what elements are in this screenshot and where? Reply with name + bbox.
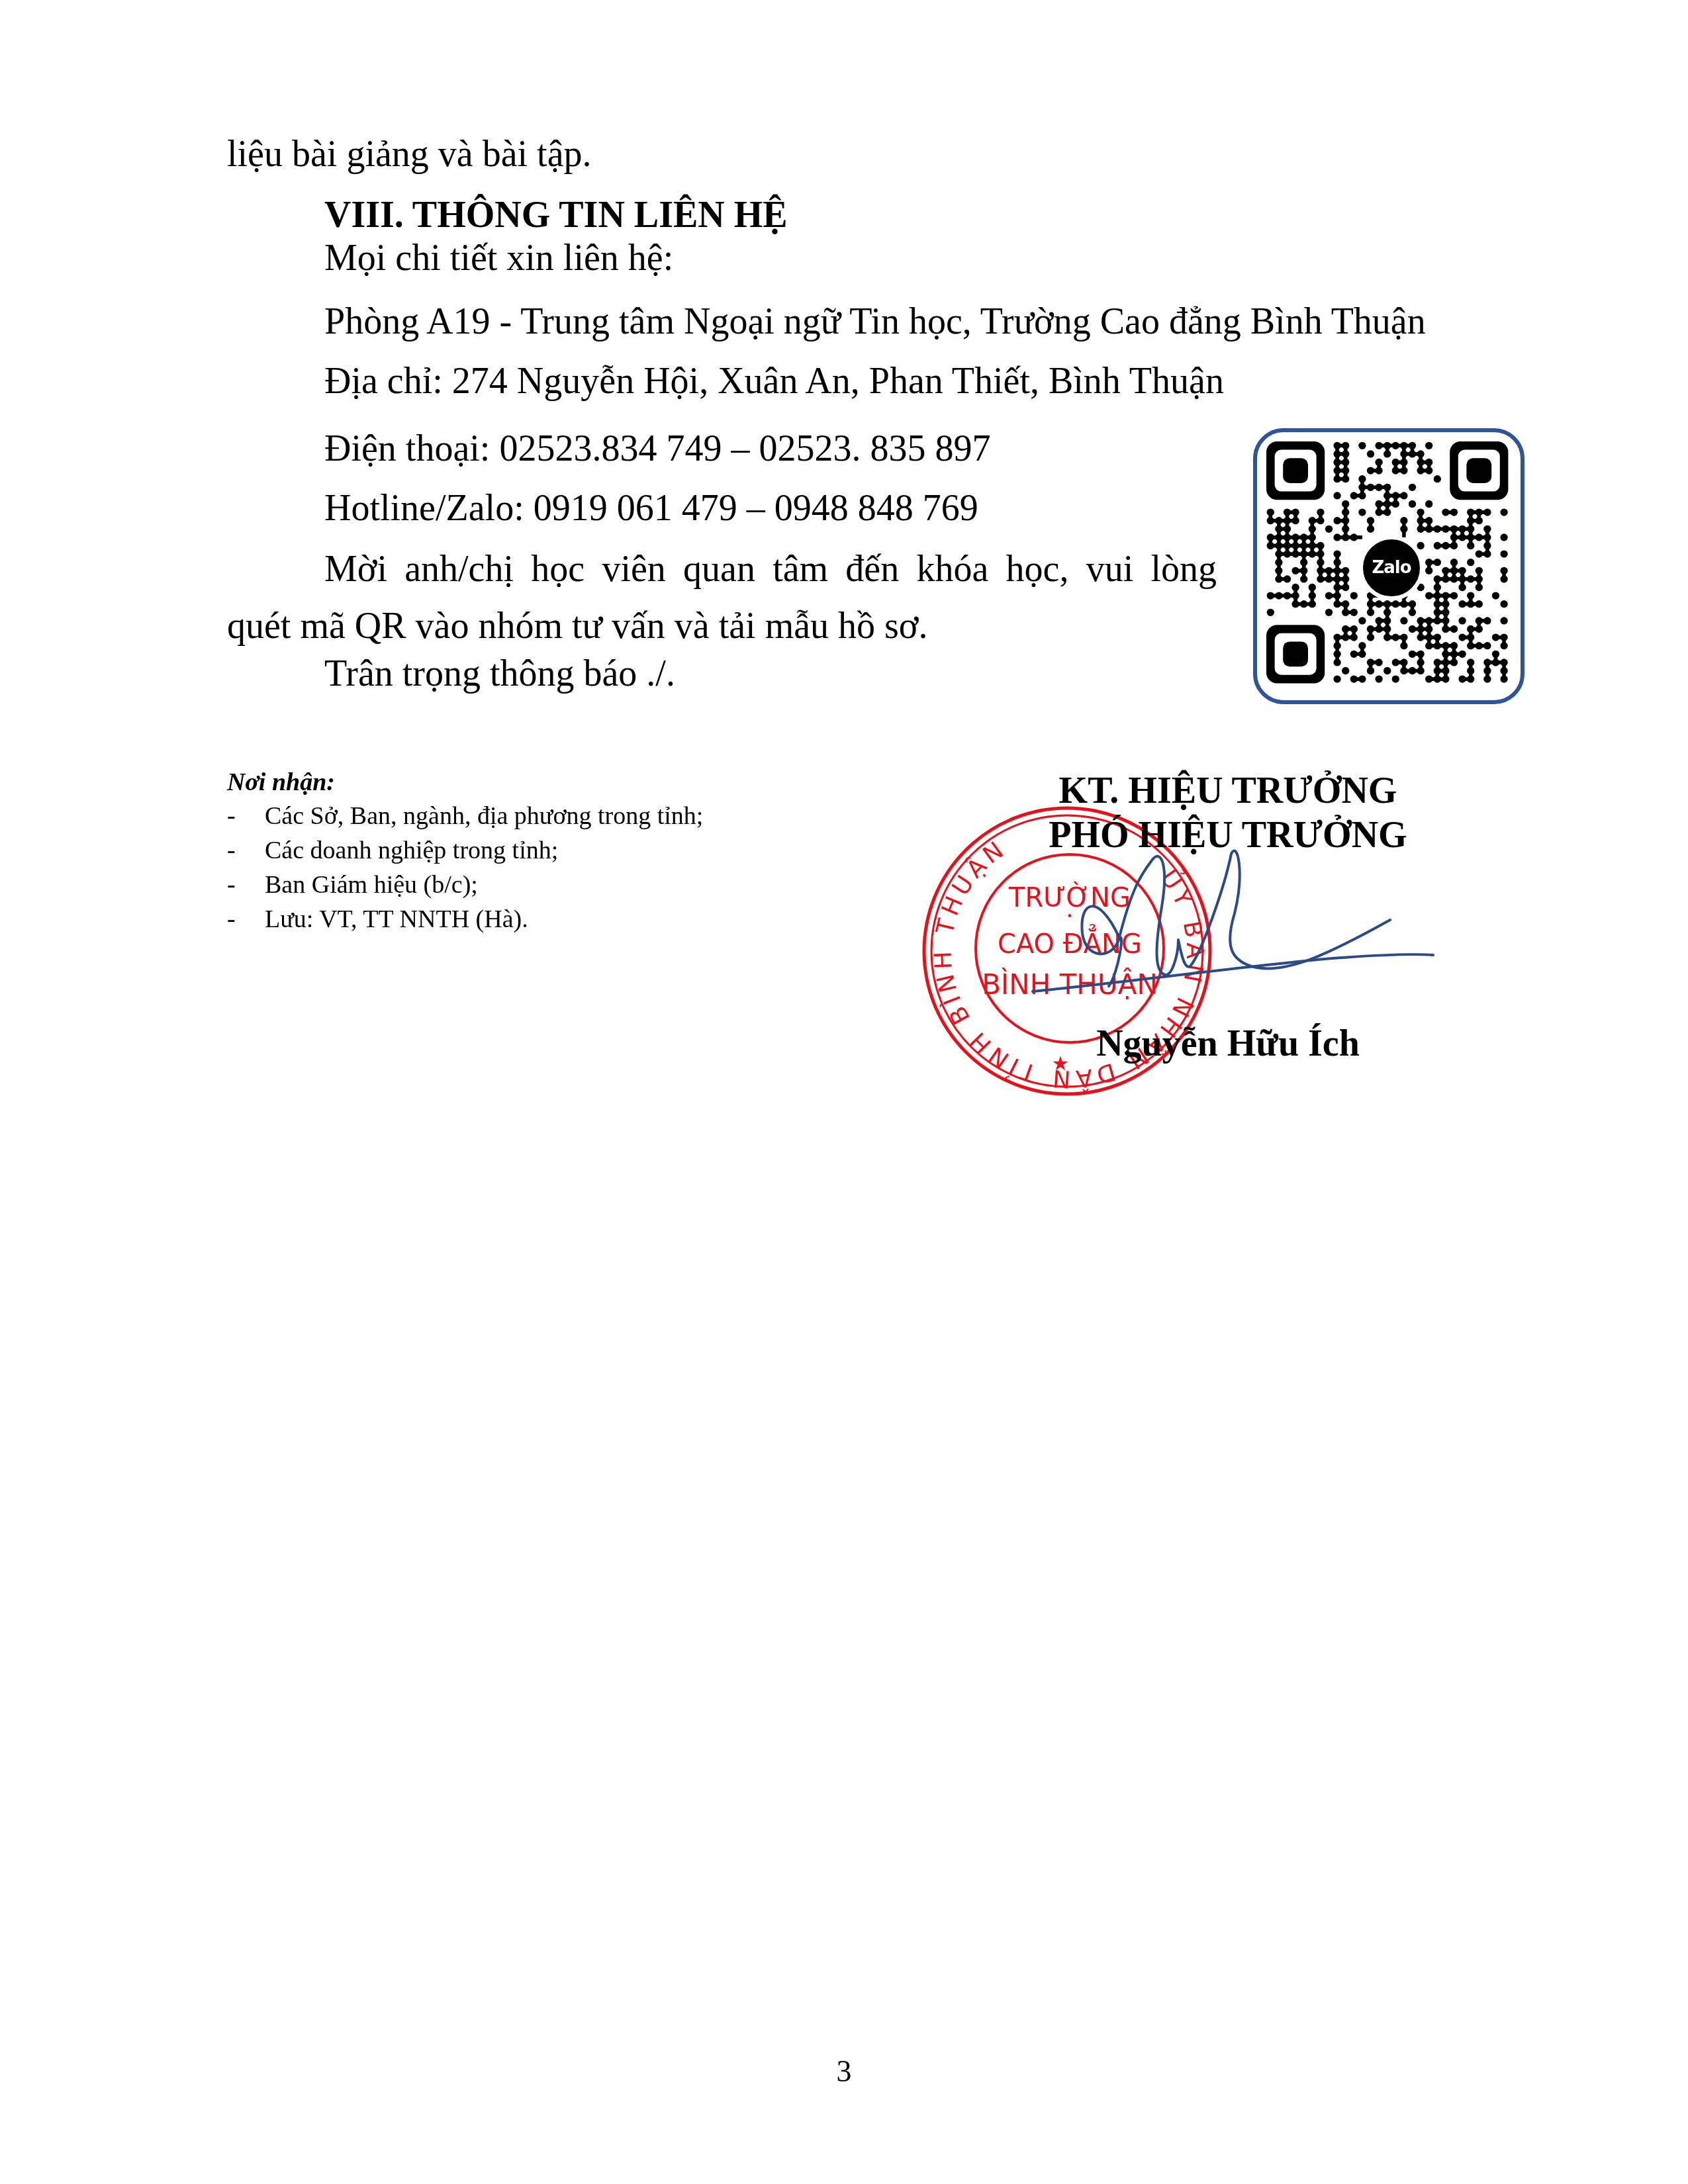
invitation-paragraph: Mời anh/chị học viên quan tâm đến khóa h… [227, 551, 1217, 645]
bullet-dash: - [227, 799, 265, 833]
bullet-dash: - [227, 902, 265, 936]
recipients-list: -Các Sở, Ban, ngành, địa phương trong tỉ… [227, 799, 703, 936]
invitation-line-2: quét mã QR vào nhóm tư vấn và tải mẫu hồ… [227, 608, 1217, 645]
recipients-title: Nơi nhận: [227, 768, 335, 797]
contact-office: Phòng A19 - Trung tâm Ngoại ngữ Tin học,… [324, 303, 1426, 340]
recipient-item: -Lưu: VT, TT NNTH (Hà). [227, 902, 703, 936]
recipient-text: Các Sở, Ban, ngành, địa phương trong tỉn… [265, 802, 703, 830]
contact-hotline: Hotline/Zalo: 0919 061 479 – 0948 848 76… [324, 490, 978, 527]
recipient-text: Các doanh nghiệp trong tỉnh; [265, 837, 558, 864]
signature-title-1: KT. HIỆU TRƯỞNG [996, 770, 1460, 812]
handwritten-signature [1019, 847, 1443, 1013]
recipient-text: Ban Giám hiệu (b/c); [265, 871, 478, 899]
contact-intro: Mọi chi tiết xin liên hệ: [324, 240, 673, 277]
recipient-text: Lưu: VT, TT NNTH (Hà). [265, 905, 528, 933]
zalo-qr-code[interactable]: Zalo [1253, 428, 1524, 704]
bullet-dash: - [227, 868, 265, 902]
invitation-line-1: Mời anh/chị học viên quan tâm đến khóa h… [227, 551, 1217, 588]
zalo-logo-icon: Zalo [1359, 535, 1424, 600]
signer-name: Nguyễn Hữu Ích [996, 1023, 1460, 1065]
bullet-dash: - [227, 833, 265, 868]
recipient-item: -Các Sở, Ban, ngành, địa phương trong tỉ… [227, 799, 703, 833]
closing-line: Trân trọng thông báo ./. [324, 655, 675, 692]
contact-phone: Điện thoại: 02523.834 749 – 02523. 835 8… [324, 430, 990, 467]
recipient-item: -Các doanh nghiệp trong tỉnh; [227, 833, 703, 868]
continuation-text: liệu bài giảng và bài tập. [227, 136, 591, 173]
page-number: 3 [0, 2054, 1688, 2089]
contact-address: Địa chỉ: 274 Nguyễn Hội, Xuân An, Phan T… [324, 363, 1224, 400]
recipient-item: -Ban Giám hiệu (b/c); [227, 868, 703, 902]
section-heading: VIII. THÔNG TIN LIÊN HỆ [324, 197, 788, 234]
